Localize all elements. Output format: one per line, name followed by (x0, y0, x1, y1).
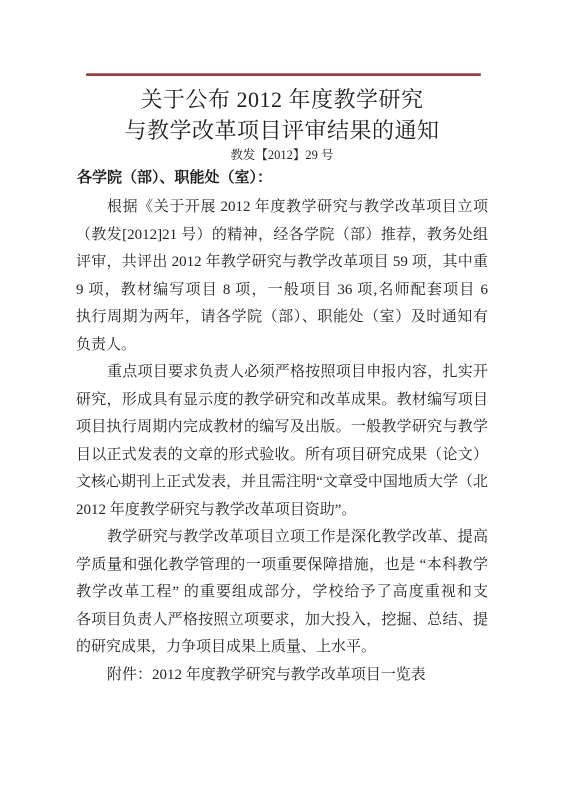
body-line: 执行周期为两年，请各学院（部）、职能处（室）及时通知有关项目 (76, 304, 488, 332)
body-line: 目以正式发表的文章的形式验收。所有项目研究成果（论文）应在中 (76, 442, 488, 470)
body-line: 负责人。 (76, 332, 488, 360)
header-rule (86, 73, 481, 76)
body-line: 重点项目要求负责人必须严格按照项目申报内容，扎实开展项目 (76, 359, 488, 387)
body-line: 2012 年度教学研究与教学改革项目资助”。 (76, 497, 488, 525)
body-line: 的研究成果，力争项目成果上质量、上水平。 (76, 634, 488, 662)
body-line: 附件：2012 年度教学研究与教学改革项目一览表 (76, 662, 488, 690)
body-line: （教发[2012]21 号）的精神，经各学院（部）推荐，教务处组织专家 (76, 222, 488, 250)
title-line-2: 与教学改革项目评审结果的通知 (76, 115, 488, 146)
document-number: 教发【2012】29 号 (76, 145, 488, 163)
body-line: 根据《关于开展 2012 年度教学研究与教学改革项目立项的通知》 (76, 194, 488, 222)
document-page: 关于公布 2012 年度教学研究 与教学改革项目评审结果的通知 教发【2012】… (0, 0, 565, 800)
body-line: 教学改革工程” 的重要组成部分，学校给予了高度重视和支持。希望 (76, 579, 488, 607)
body-line: 各项目负责人严格按照立项要求，加大投入，挖掘、总结、提炼项目 (76, 607, 488, 635)
body-text: 根据《关于开展 2012 年度教学研究与教学改革项目立项的通知》（教发[2012… (76, 194, 488, 689)
body-line: 学质量和强化教学管理的一项重要保障措施，也是 “本科教学质量与 (76, 552, 488, 580)
title-line-1: 关于公布 2012 年度教学研究 (76, 84, 488, 115)
body-line: 研究，形成具有显示度的教学研究和改革成果。教材编写项目要求在 (76, 387, 488, 415)
body-line: 项目执行周期内完成教材的编写及出版。一般教学研究与教学改革项 (76, 414, 488, 442)
body-line: 文核心期刊上正式发表，并且需注明“文章受中国地质大学（北京） (76, 469, 488, 497)
body-line: 评审，共评出 2012 年教学研究与教学改革项目 59 项，其中重点项目 (76, 249, 488, 277)
salutation: 各学院（部）、职能处（室）： (77, 166, 489, 190)
body-line: 9 项，教材编写项目 8 项，一般项目 36 项,名师配套项目 6 项。项目 (76, 277, 488, 305)
document-title: 关于公布 2012 年度教学研究 与教学改革项目评审结果的通知 (76, 84, 488, 146)
body-line: 教学研究与教学改革项目立项工作是深化教学改革、提高本科教 (76, 524, 488, 552)
